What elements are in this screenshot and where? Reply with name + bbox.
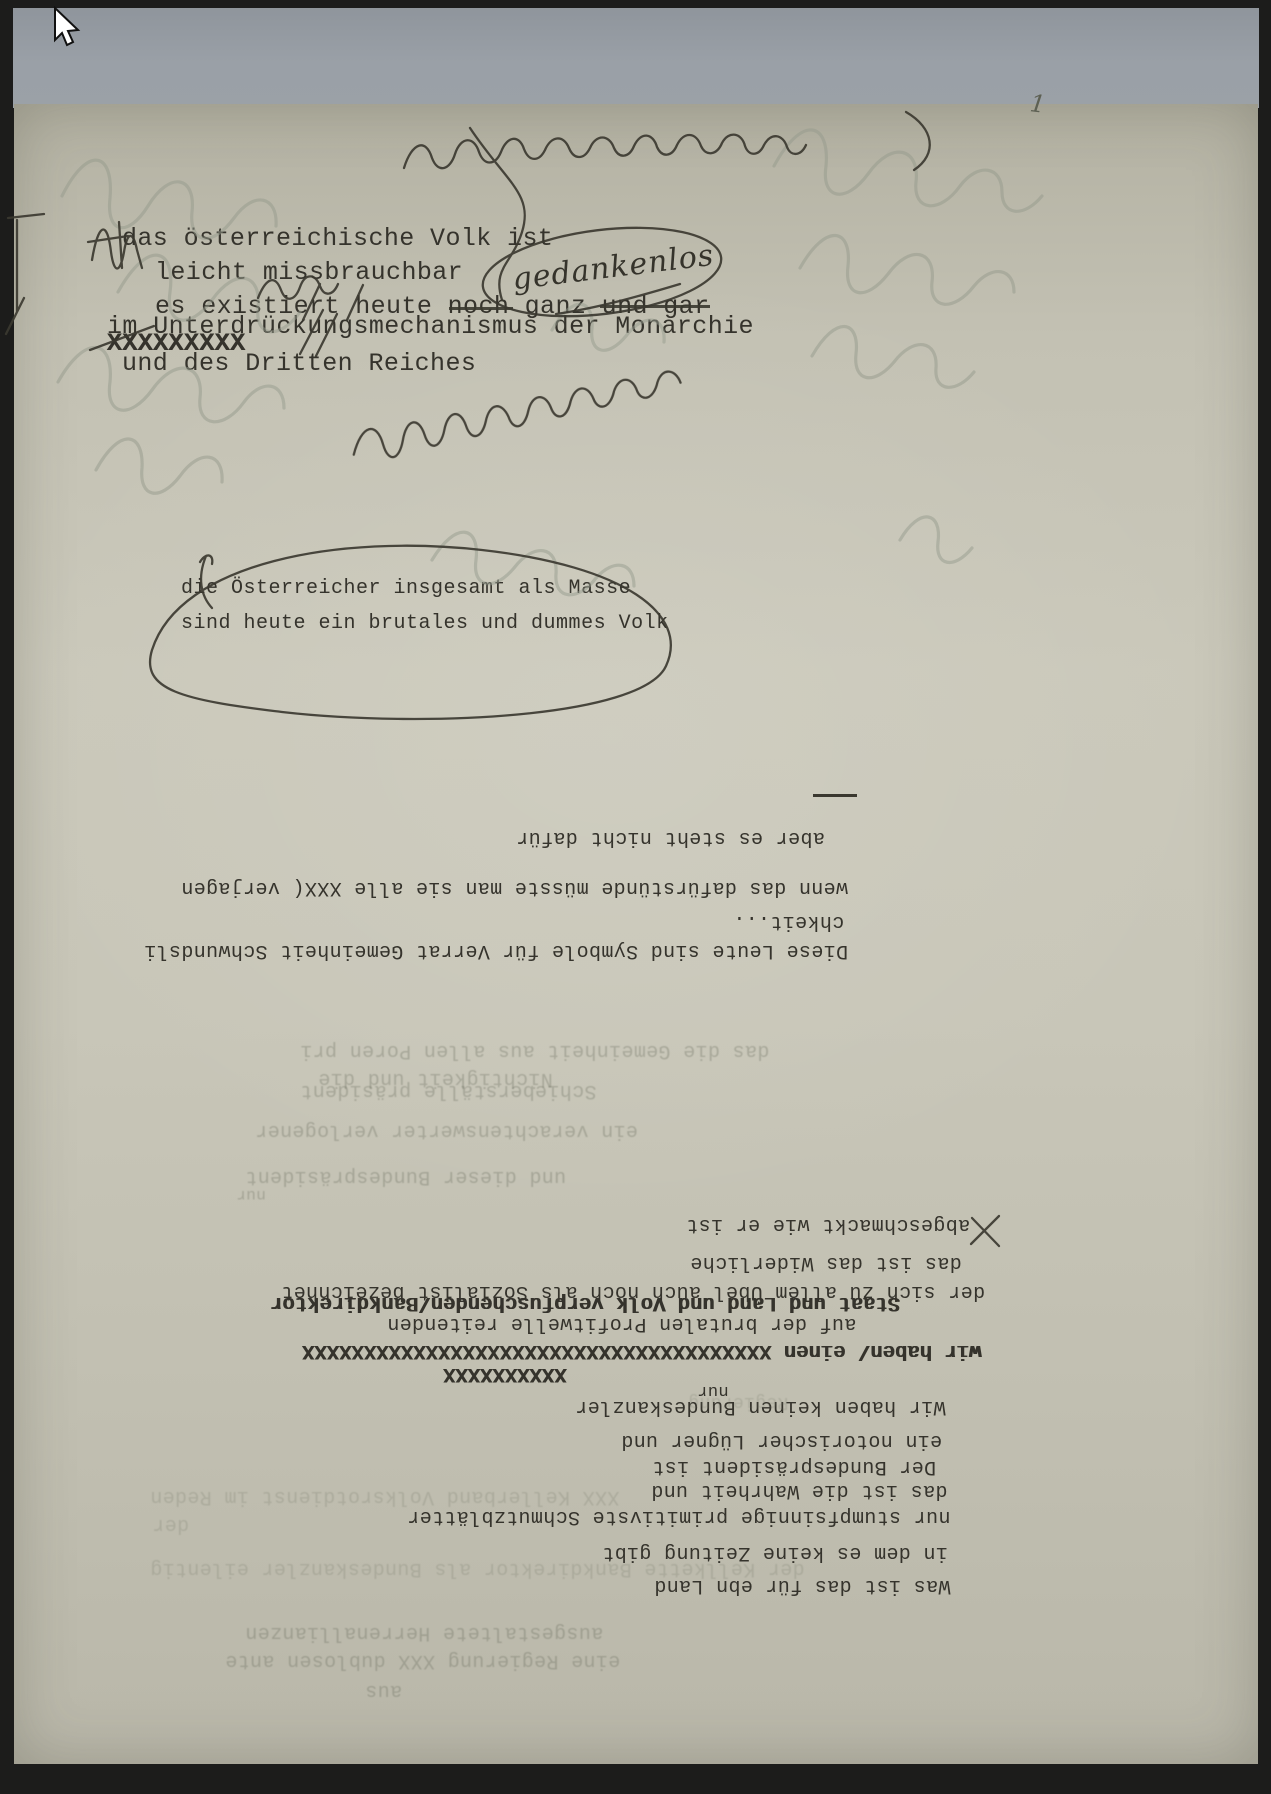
ghost-line: eine Regierung XXX dublosen ante	[225, 1650, 620, 1671]
typed-line: die Österreicher insgesamt als Masse	[181, 578, 631, 599]
typed-line-reversed: wenn das dafürstünde müsste man sie alle…	[181, 877, 848, 898]
ghost-line: ausgestaltete Herrenallianzen	[245, 1622, 603, 1643]
scanned-document-page: 1 das österreichische Volk ist leicht mi…	[0, 0, 1271, 1794]
ghost-line: Regierung	[688, 1392, 788, 1411]
typed-line-reversed-overstruck: Staat und Land und Volk verpfuschenden/B…	[270, 1292, 900, 1313]
typed-strikethrough-und-gar	[600, 305, 710, 308]
ghost-line: Schieberställe präsident	[300, 1080, 596, 1101]
typed-line-reversed: chkeit...	[733, 911, 844, 932]
typed-line-reversed: nur stumpfsinnige primitivste Schmutzblä…	[407, 1506, 951, 1527]
ghost-line: und dieser Bundespräsident	[245, 1166, 566, 1187]
ghost-line: ein verachtenswerter verlogener	[255, 1120, 638, 1141]
typed-line-reversed-x-struck: wir haben/ einen XXXXXXXXXXXXXXXXXXXXXXX…	[302, 1340, 981, 1361]
typed-line: sind heute ein brutales und dummes Volk	[181, 613, 669, 634]
typed-dash-rule	[813, 794, 857, 797]
typed-line-reversed: abgeschmackt wie er ist	[686, 1214, 970, 1235]
ghost-line: der	[152, 1514, 189, 1535]
typed-line-reversed: Diese Leute sind Symbole für Verrat Geme…	[144, 940, 848, 961]
scanner-bed-strip	[13, 8, 1259, 108]
ghost-line: XXX Kellerband Volksrotdienst im Reden	[150, 1486, 619, 1507]
typed-overstrike-xxx-reversed: XXXXXXXXXX	[443, 1363, 567, 1384]
typed-line-reversed: ein notorischer Lügner und	[621, 1430, 942, 1451]
typed-line: und des Dritten Reiches	[122, 351, 476, 377]
typed-line-reversed: das ist die Wahrheit und	[651, 1480, 947, 1501]
typed-line-reversed: auf der brutalen Profitwelle reitenden	[387, 1313, 856, 1334]
ghost-line: das die Gemeinheit aus allen Poren pri	[300, 1040, 769, 1061]
ghost-line: nur	[236, 1186, 266, 1203]
typed-line-reversed: Der Bundespräsident ist	[652, 1456, 936, 1477]
ghost-line: der Kellkette Bankdirektor als Bundeskan…	[150, 1558, 805, 1579]
typed-line-reversed: das ist das Widerliche	[690, 1252, 962, 1273]
typed-line: das österreichische Volk ist	[122, 226, 553, 252]
typed-strikethrough-noch	[449, 307, 513, 310]
typed-line-reversed: aber es steht nicht dafür	[516, 827, 825, 848]
ghost-line: aus	[365, 1680, 402, 1701]
typed-line: leicht missbrauchbar	[155, 260, 463, 286]
